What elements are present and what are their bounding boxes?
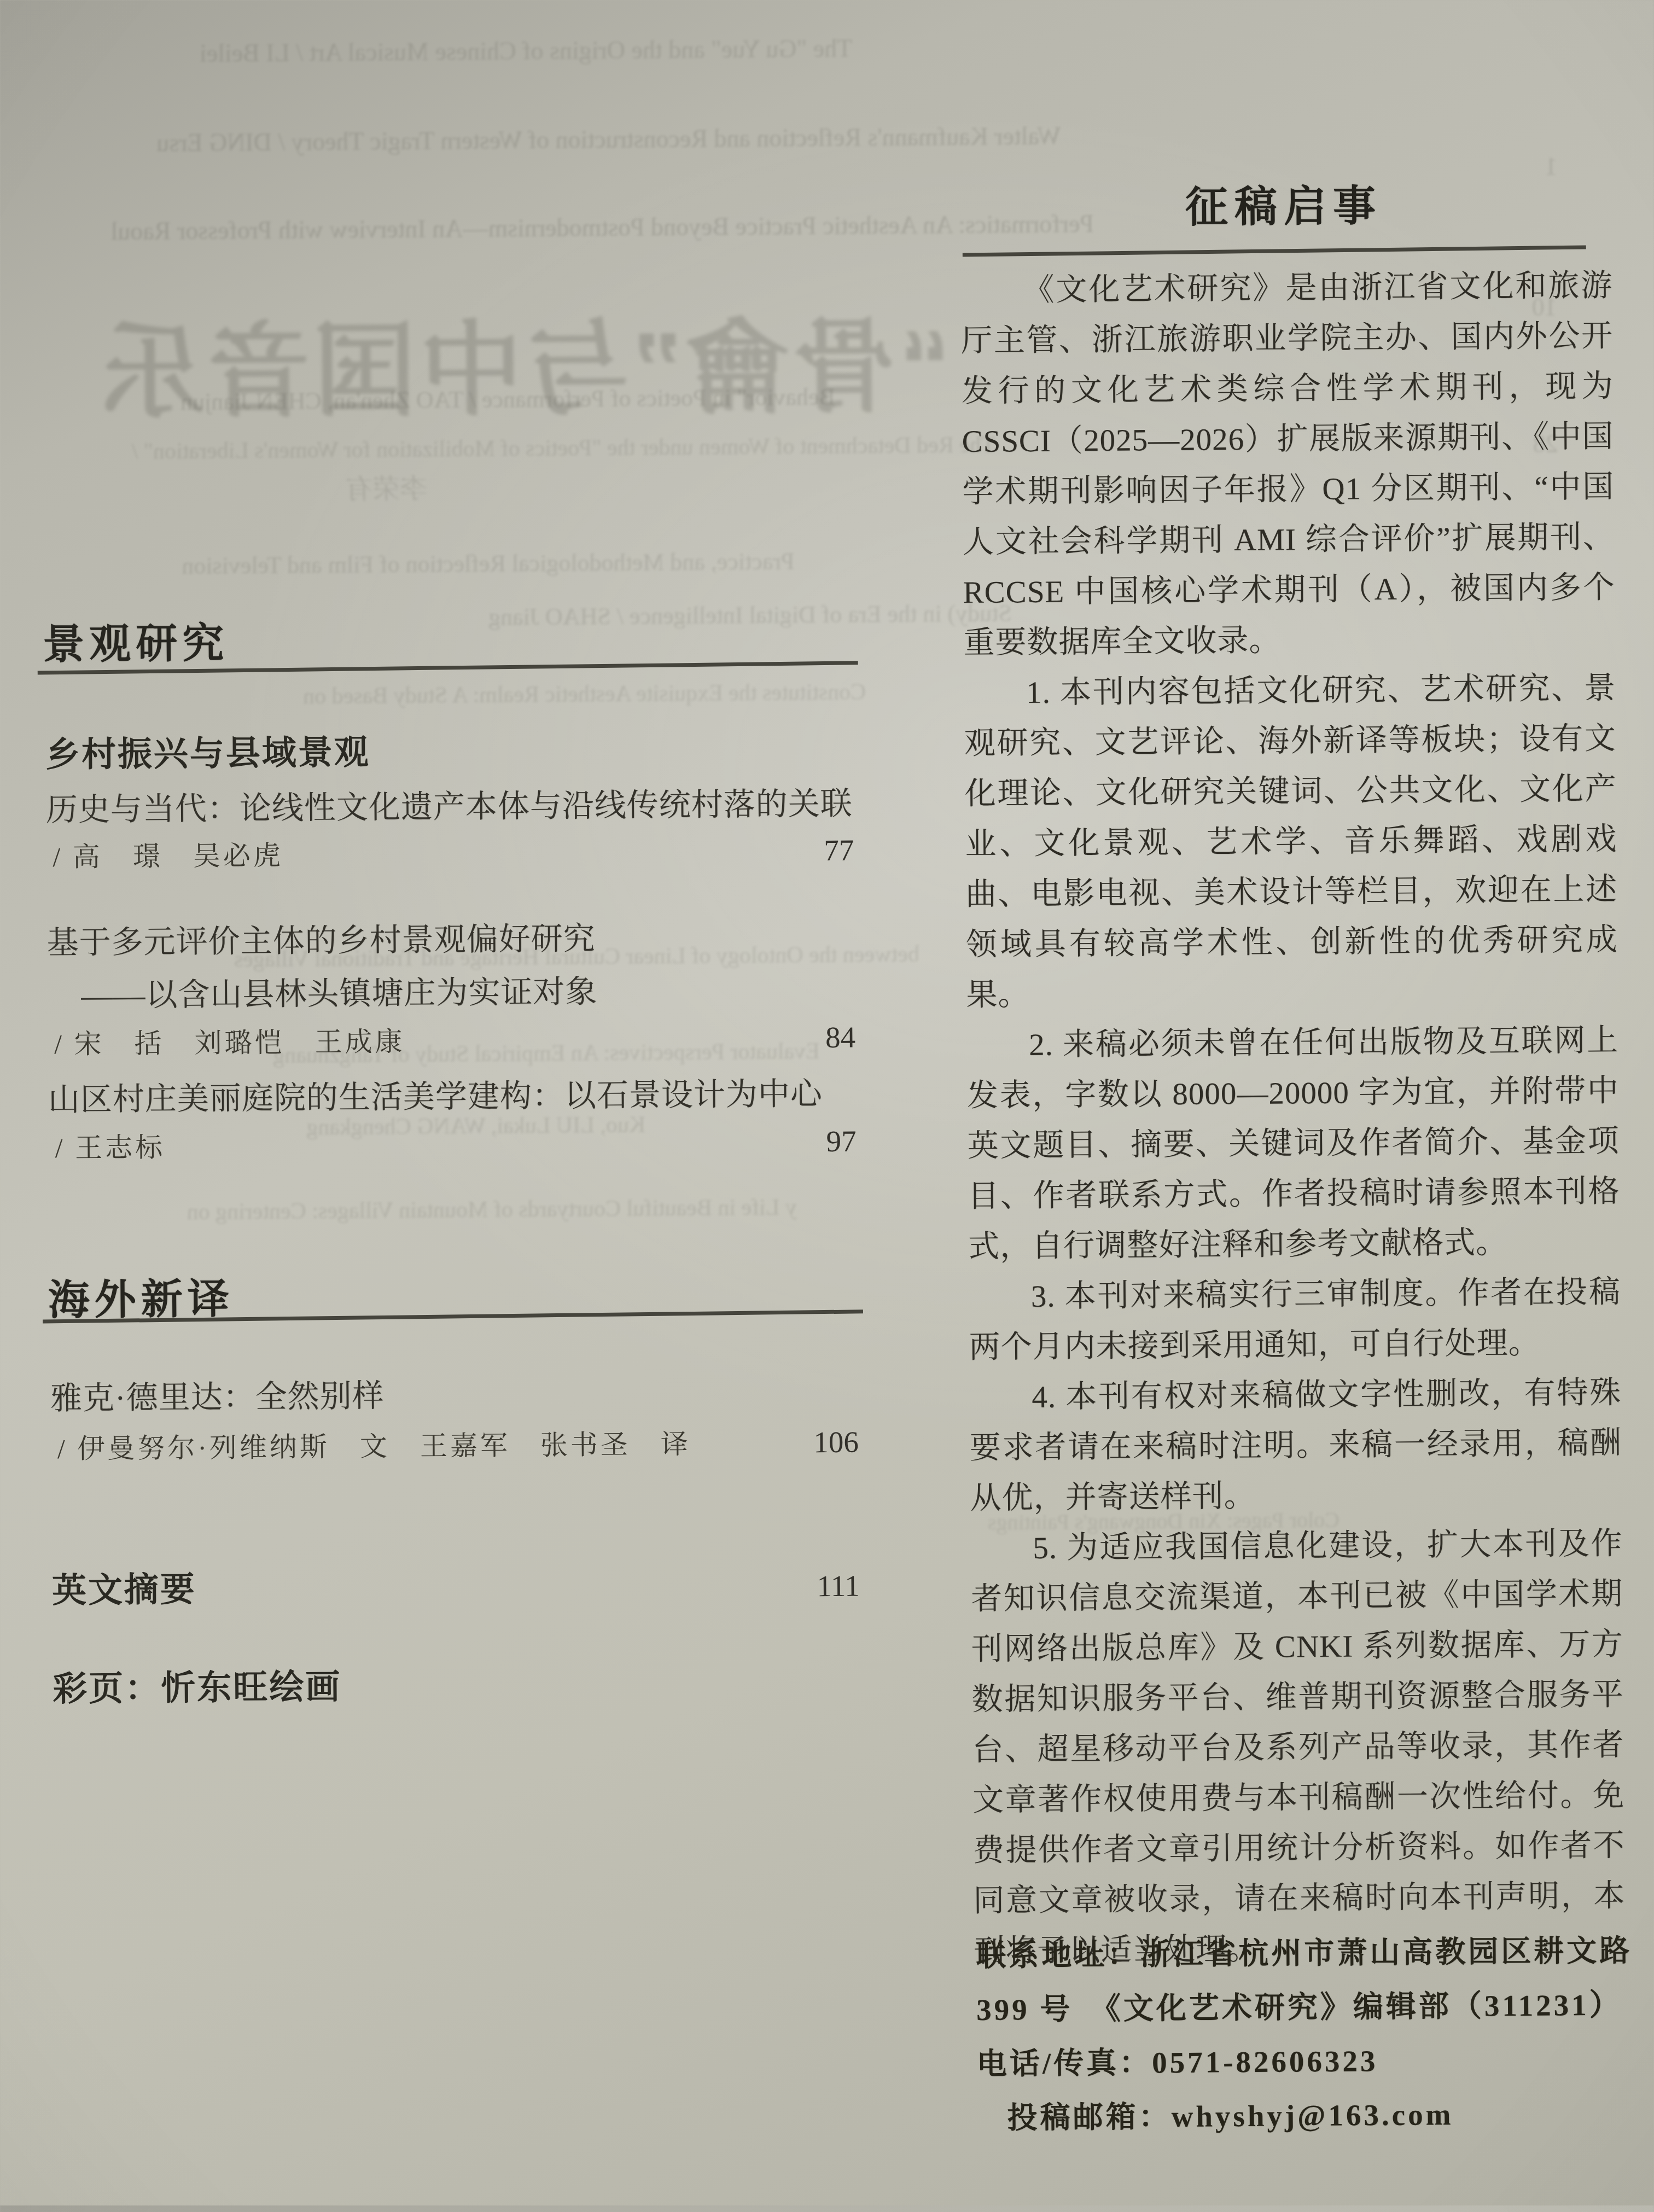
notice-paragraph-intro: 《文化艺术研究》是由浙江省文化和旅游厅主管、浙江旅游职业学院主办、国内外公开发行…	[960, 261, 1616, 668]
toc-extra-label: 英文摘要	[52, 1562, 197, 1613]
toc-article-page-number: 97	[826, 1124, 856, 1159]
toc-article-page-number: 106	[813, 1425, 859, 1460]
notice-paragraph-item-5: 5. 为适应我国信息化建设，扩大本刊及作者知识信息交流渠道，本刊已被《中国学术期…	[970, 1519, 1626, 1977]
toc-article-title: 历史与当代：论线性文化遗产本体与沿线传统村落的关联	[45, 778, 853, 830]
toc-extra-row-color-pages: 彩页：忻东旺绘画	[53, 1655, 861, 1712]
toc-article-page-number: 77	[824, 833, 854, 868]
toc-article-title: 基于多元评价主体的乡村景观偏好研究	[46, 912, 596, 963]
toc-article-authors: / 王志标	[55, 1126, 165, 1166]
notice-body: 《文化艺术研究》是由浙江省文化和旅游厅主管、浙江旅游职业学院主办、国内外公开发行…	[960, 261, 1626, 1977]
toc-article-byline-row: / 王志标 97	[55, 1120, 857, 1166]
notice-paragraph-item-1: 1. 本刊内容包括文化研究、艺术研究、景观研究、文艺评论、海外新译等板块；设有文…	[964, 663, 1618, 1021]
notice-title-call-for-papers: 征稿启事	[958, 170, 1610, 236]
toc-extra-label: 彩页：忻东旺绘画	[53, 1659, 342, 1711]
toc-article-byline-row: / 宋 括 刘璐恺 王成康 84	[54, 1016, 856, 1062]
toc-group-heading-rural-revitalization: 乡村振兴与县域景观	[45, 725, 371, 777]
contact-phone-fax: 电话/传真：0571-82606323	[976, 2031, 1654, 2091]
ghost-bleedthrough-text: Practice, and Methodological Reflection …	[182, 547, 795, 580]
ghost-bleedthrough-text: Walter Kaufmann's Reflection and Reconst…	[156, 121, 1061, 158]
toc-extra-page-number: 111	[817, 1569, 860, 1604]
contact-address-line-1: 联系地址：浙江省杭州市萧山高教园区耕文路	[976, 1923, 1654, 1983]
notice-paragraph-item-2: 2. 来稿必须未曾在任何出版物及互联网上发表，字数以 8000—20000 字为…	[966, 1016, 1621, 1272]
toc-article-subtitle: ——以含山县林头镇塘庄为实证对象	[81, 965, 598, 1015]
toc-article-title: 山区村庄美丽庭院的生活美学建构：以石景设计为中心	[48, 1068, 823, 1120]
contact-submission-email: 投稿邮箱：whyshyj@163.com	[977, 2086, 1654, 2145]
notice-paragraph-item-3: 3. 本刊对来稿实行三审制度。作者在投稿两个月内未接到采用通知，可自行处理。	[968, 1267, 1621, 1373]
toc-article-byline-row: / 伊曼努尔·列维纳斯 文 王嘉军 张书圣 译 106	[57, 1421, 859, 1467]
ghost-bleedthrough-text: Constitutes the Exquisite Aesthetic Real…	[303, 679, 866, 709]
notice-contact-block: 联系地址：浙江省杭州市萧山高教园区耕文路 399 号 《文化艺术研究》编辑部（3…	[976, 1923, 1654, 2145]
journal-page: The "Gu Yue" and the Origins of Chinese …	[0, 0, 1654, 2205]
ghost-bleedthrough-text: y Life in Beautiful Courtyards of Mounta…	[187, 1194, 797, 1225]
toc-article-authors: / 高 璟 吴必虎	[53, 834, 283, 875]
toc-article-byline-row: / 高 璟 吴必虎 77	[53, 829, 854, 875]
toc-article-authors: / 伊曼努尔·列维纳斯 文 王嘉军 张书圣 译	[57, 1422, 691, 1466]
contact-address-line-2: 399 号 《文化艺术研究》编辑部（311231）	[976, 1977, 1654, 2037]
toc-article-title: 雅克·德里达：全然别样	[50, 1370, 385, 1418]
toc-section-heading-landscape-research: 景观研究	[43, 610, 229, 671]
ghost-bleedthrough-text: Study) in the Era of Digital Intelligenc…	[488, 599, 1012, 631]
notice-paragraph-item-4: 4. 本刊有权对来稿做文字性删改，有特殊要求者请在来稿时注明。来稿一经录用，稿酬…	[969, 1368, 1622, 1524]
notice-title-divider	[963, 246, 1586, 257]
ghost-bleedthrough-text: The Red Detachment of Women under the "P…	[131, 432, 995, 465]
toc-article-page-number: 84	[825, 1020, 855, 1055]
ghost-bleedthrough-text: Performatics: An Aesthetic Practice Beyo…	[110, 209, 1094, 246]
ghost-bleedthrough-text: The "Gu Yue" and the Origins of Chinese …	[200, 34, 853, 68]
toc-extra-row-english-abstracts: 英文摘要 111	[52, 1557, 860, 1613]
ghost-bleedthrough-text: Behavior" in Poetics of Performance / TA…	[180, 383, 835, 416]
ghost-author-name: 李荣有	[345, 467, 428, 507]
toc-article-authors: / 宋 括 刘璐恺 王成康	[54, 1020, 405, 1062]
